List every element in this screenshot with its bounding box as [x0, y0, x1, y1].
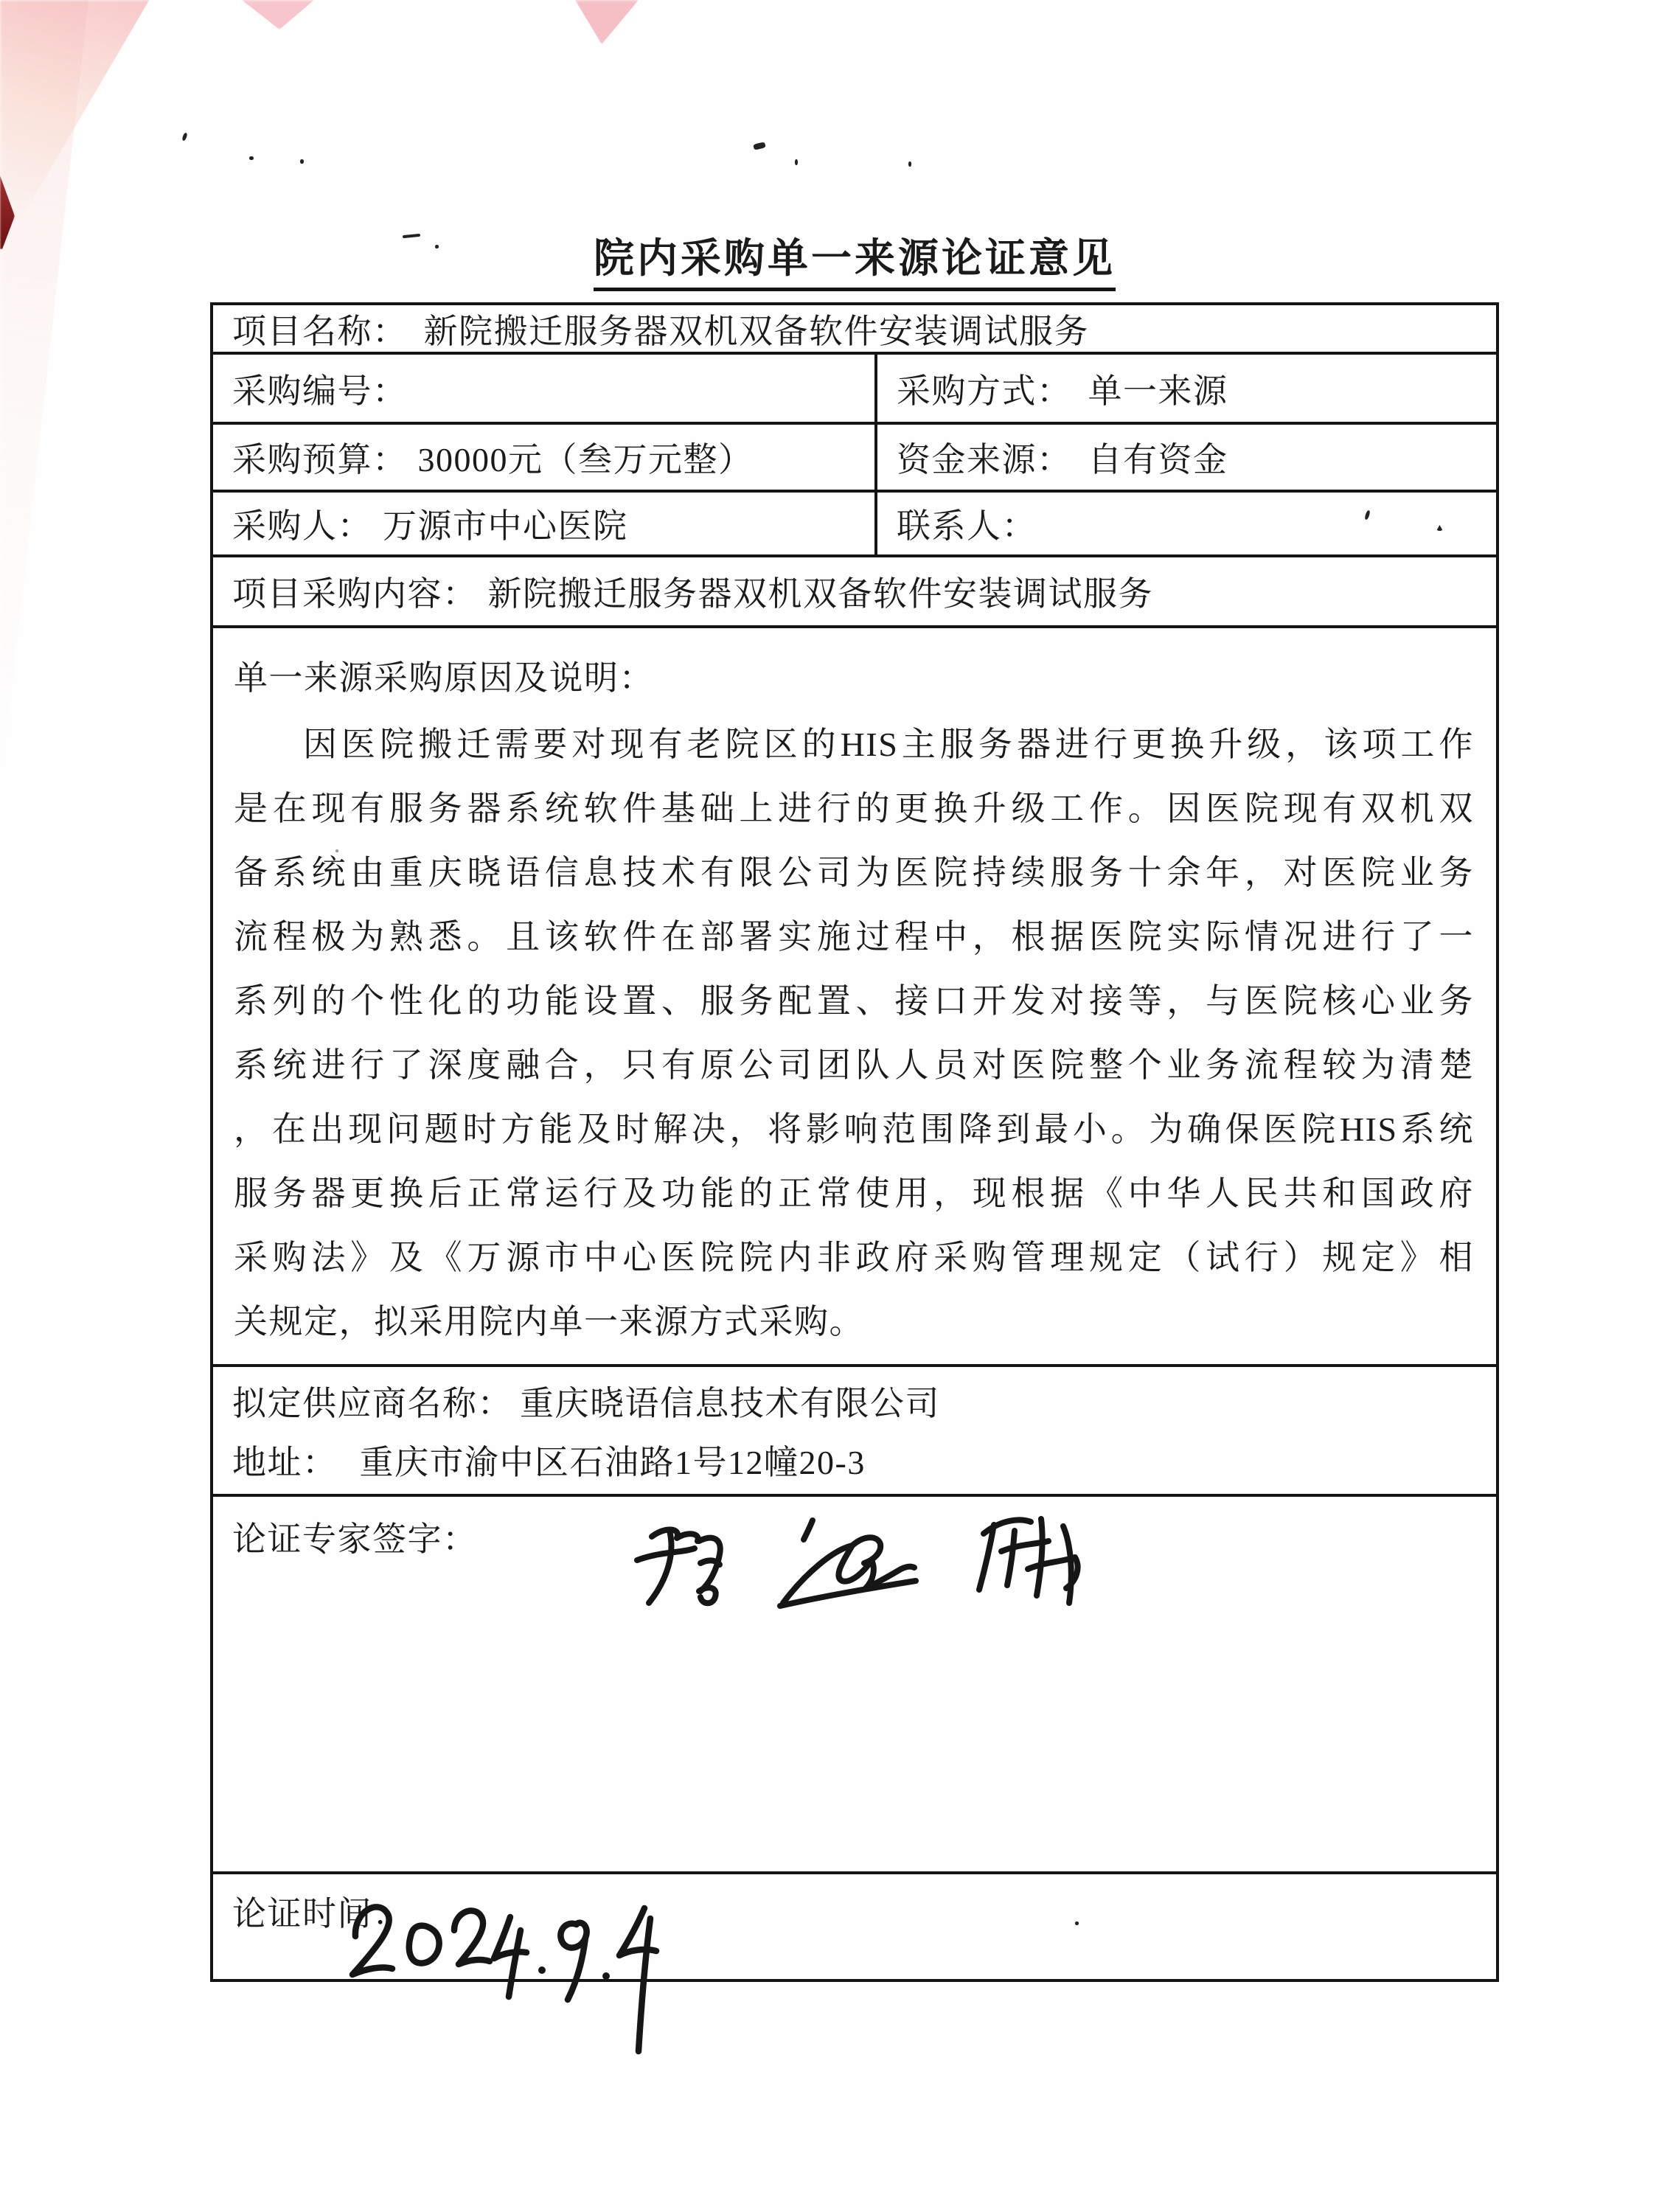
procure-method-value: 单一来源 — [1088, 364, 1228, 413]
signature-2: (illegible cursive) — [780, 1520, 916, 1606]
reason-line: 关规定，拟采用院内单一来源方式采购。 — [234, 1290, 1474, 1354]
reason-line: 系统进行了深度融合，只有原公司团队人员对医院整个业务流程较为清楚 — [234, 1033, 1474, 1097]
expert-sign-label: 论证专家签字： — [232, 1519, 478, 1560]
procure-content-value: 新院搬迁服务器双机双备软件安装调试服务 — [488, 567, 1154, 616]
fund-source-cell: 资金来源： 自有资金 — [877, 425, 1496, 490]
procure-no-label: 采购编号： — [232, 364, 408, 413]
fund-source-value: 自有资金 — [1088, 433, 1228, 481]
purchaser-value: 万源市中心医院 — [383, 499, 628, 548]
procure-no-cell: 采购编号： — [213, 355, 877, 422]
signature-1: 李昭 — [637, 1529, 720, 1603]
purchaser-label: 采购人： — [232, 499, 372, 548]
row-supplier: 拟定供应商名称： 重庆晓语信息技术有限公司 地址： 重庆市渝中区石油路1号12幢… — [213, 1367, 1496, 1497]
fund-source-label: 资金来源： — [897, 433, 1072, 481]
procure-content-label: 项目采购内容： — [232, 567, 478, 616]
reason-line: 备系统由重庆晓语信息技术有限公司为医院持续服务十余年，对医院业务 — [234, 841, 1474, 905]
ink-speck — [300, 159, 304, 164]
ink-speck — [753, 142, 765, 150]
reason-line: 因医院搬迁需要对现有老院区的HIS主服务器进行更换升级，该项工作 — [234, 712, 1474, 776]
address-label: 地址： — [232, 1436, 338, 1484]
review-date-handwriting: 2024.9.4 — [317, 1865, 700, 2065]
row-single-source-reason: 单一来源采购原因及说明： 因医院搬迁需要对现有老院区的HIS主服务器进行更换升级… — [213, 628, 1496, 1367]
procure-method-cell: 采购方式： 单一来源 — [877, 355, 1496, 422]
reason-line: 采购法》及《万源市中心医院院内非政府采购管理规定（试行）规定》相 — [234, 1225, 1474, 1290]
row-procure-no-method: 采购编号： 采购方式： 单一来源 — [213, 355, 1496, 425]
dark-red-scan-mark — [0, 175, 15, 249]
procurement-table: 项目名称： 新院搬迁服务器双机双备软件安装调试服务 采购编号： 采购方式： 单一… — [210, 302, 1499, 1982]
reason-line: ，在出现问题时方能及时解决，将影响范围降到最小。为确保医院HIS系统 — [234, 1097, 1474, 1161]
reason-line: 服务器更换后正常运行及功能的正常使用，现根据《中华人民共和国政府 — [234, 1161, 1474, 1225]
reason-line: 流程极为熟悉。且该软件在部署实施过程中，根据医院实际情况进行了一 — [234, 905, 1474, 969]
pink-top-mark-2 — [575, 0, 639, 44]
supplier-label: 拟定供应商名称： — [232, 1377, 512, 1425]
budget-cell: 采购预算： 30000元（叁万元整） — [213, 425, 877, 490]
document-page: 院内采购单一来源论证意见 项目名称： 新院搬迁服务器双机双备软件安装调试服务 采… — [0, 0, 1659, 2212]
budget-value: 30000元（叁万元整） — [418, 433, 754, 481]
page-title: 院内采购单一来源论证意见 — [210, 234, 1499, 291]
pink-scan-stain — [0, 0, 162, 265]
contact-label: 联系人： — [897, 499, 1037, 548]
row-procure-content: 项目采购内容： 新院搬迁服务器双机双备软件安装调试服务 — [213, 557, 1496, 628]
procure-method-label: 采购方式： — [897, 364, 1072, 413]
row-budget-fund: 采购预算： 30000元（叁万元整） 资金来源： 自有资金 — [213, 425, 1496, 493]
address-value: 重庆市渝中区石油路1号12幢20-3 — [360, 1436, 866, 1484]
ink-speck — [908, 161, 911, 167]
ink-speck — [181, 132, 187, 141]
row-expert-signatures: 论证专家签字： 李昭 (illegible cursive) — [213, 1497, 1496, 1874]
reason-header: 单一来源采购原因及说明： — [234, 644, 1474, 712]
expert-signatures-handwriting: 李昭 (illegible cursive) 何佳峰 — [590, 1498, 1143, 1705]
ink-speck — [249, 156, 254, 160]
row-purchaser-contact: 采购人： 万源市中心医院 联系人： — [213, 493, 1496, 557]
signature-3: 何佳峰 — [979, 1519, 1078, 1603]
ink-speck — [795, 159, 798, 165]
row-review-time: 论证时间： 2024.9.4 — [213, 1874, 1496, 1979]
supplier-value: 重庆晓语信息技术有限公司 — [520, 1377, 940, 1425]
pink-scan-stain-soft — [0, 0, 111, 796]
purchaser-cell: 采购人： 万源市中心医院 — [213, 493, 877, 554]
contact-cell: 联系人： — [877, 493, 1496, 554]
reason-line: 系列的个性化的功能设置、服务配置、接口开发对接等，与医院核心业务 — [234, 969, 1474, 1033]
project-name-label: 项目名称： — [232, 305, 408, 353]
project-name-value: 新院搬迁服务器双机双备软件安装调试服务 — [424, 305, 1090, 353]
address-line: 地址： 重庆市渝中区石油路1号12幢20-3 — [232, 1436, 1496, 1484]
pink-top-mark-1 — [242, 0, 314, 29]
row-project-name: 项目名称： 新院搬迁服务器双机双备软件安装调试服务 — [213, 305, 1496, 355]
budget-label: 采购预算： — [232, 433, 408, 481]
supplier-line: 拟定供应商名称： 重庆晓语信息技术有限公司 — [232, 1377, 1496, 1425]
reason-line: 是在现有服务器系统软件基础上进行的更换升级工作。因医院现有双机双 — [234, 776, 1474, 841]
